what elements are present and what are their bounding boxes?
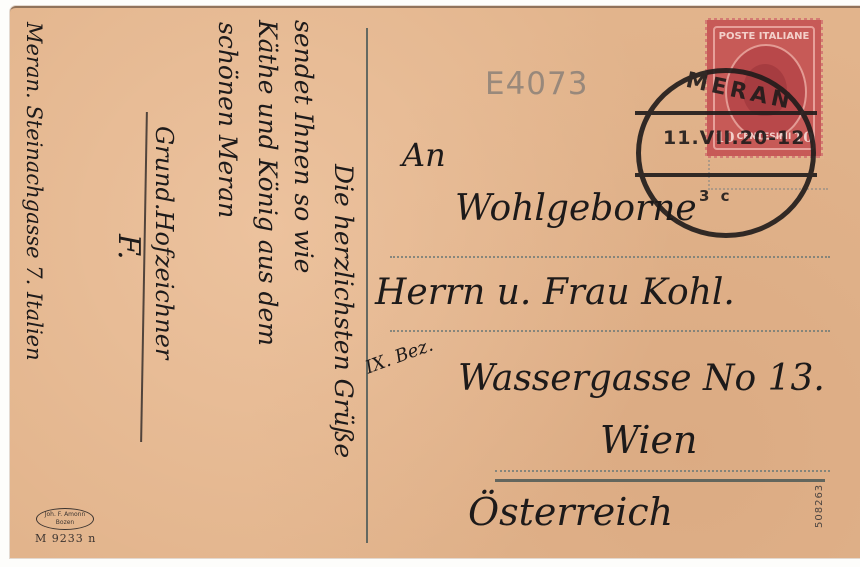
message-line-3: Käthe und König aus dem	[253, 20, 282, 346]
address-country: Österreich	[468, 490, 673, 534]
postmark-date: 11.VII.20-12	[663, 127, 806, 149]
address-street: Wassergasse No 13.	[458, 358, 825, 399]
publisher-name: Joh. F. Amonn	[37, 511, 93, 519]
message-line-4: schönen Meran	[213, 22, 242, 218]
address-honorific: Wohlgeborne	[455, 188, 697, 229]
signature: Grund.Hofzeichner	[150, 126, 178, 359]
signature-initials: F.	[111, 234, 146, 260]
publisher-city: Bozen	[37, 519, 93, 527]
address-recipient: Herrn u. Frau Kohl.	[375, 272, 735, 313]
address-city: Wien	[600, 418, 698, 462]
address-salutation: An	[402, 136, 446, 174]
series-number: M 9233 n	[35, 532, 96, 545]
postmark-code: 3 c	[699, 187, 733, 205]
archive-mark: E4073	[485, 66, 588, 102]
postmark-band-bottom	[635, 173, 817, 177]
print-number: 508263	[814, 484, 825, 528]
center-divider	[366, 28, 368, 543]
publisher-logo: Joh. F. Amonn Bozen	[36, 508, 94, 530]
address-line-2	[390, 330, 830, 332]
stamp-issuer: POSTE ITALIANE	[705, 31, 823, 42]
address-country-rule	[495, 479, 825, 482]
message-line-2: sendet Ihnen so wie	[289, 20, 318, 273]
address-line-1	[390, 256, 830, 258]
sender-address: Meran. Steinachgasse 7. Italien	[22, 22, 46, 361]
address-line-3	[495, 470, 830, 472]
message-line-1: Die herzlichsten Grüße	[329, 164, 358, 458]
